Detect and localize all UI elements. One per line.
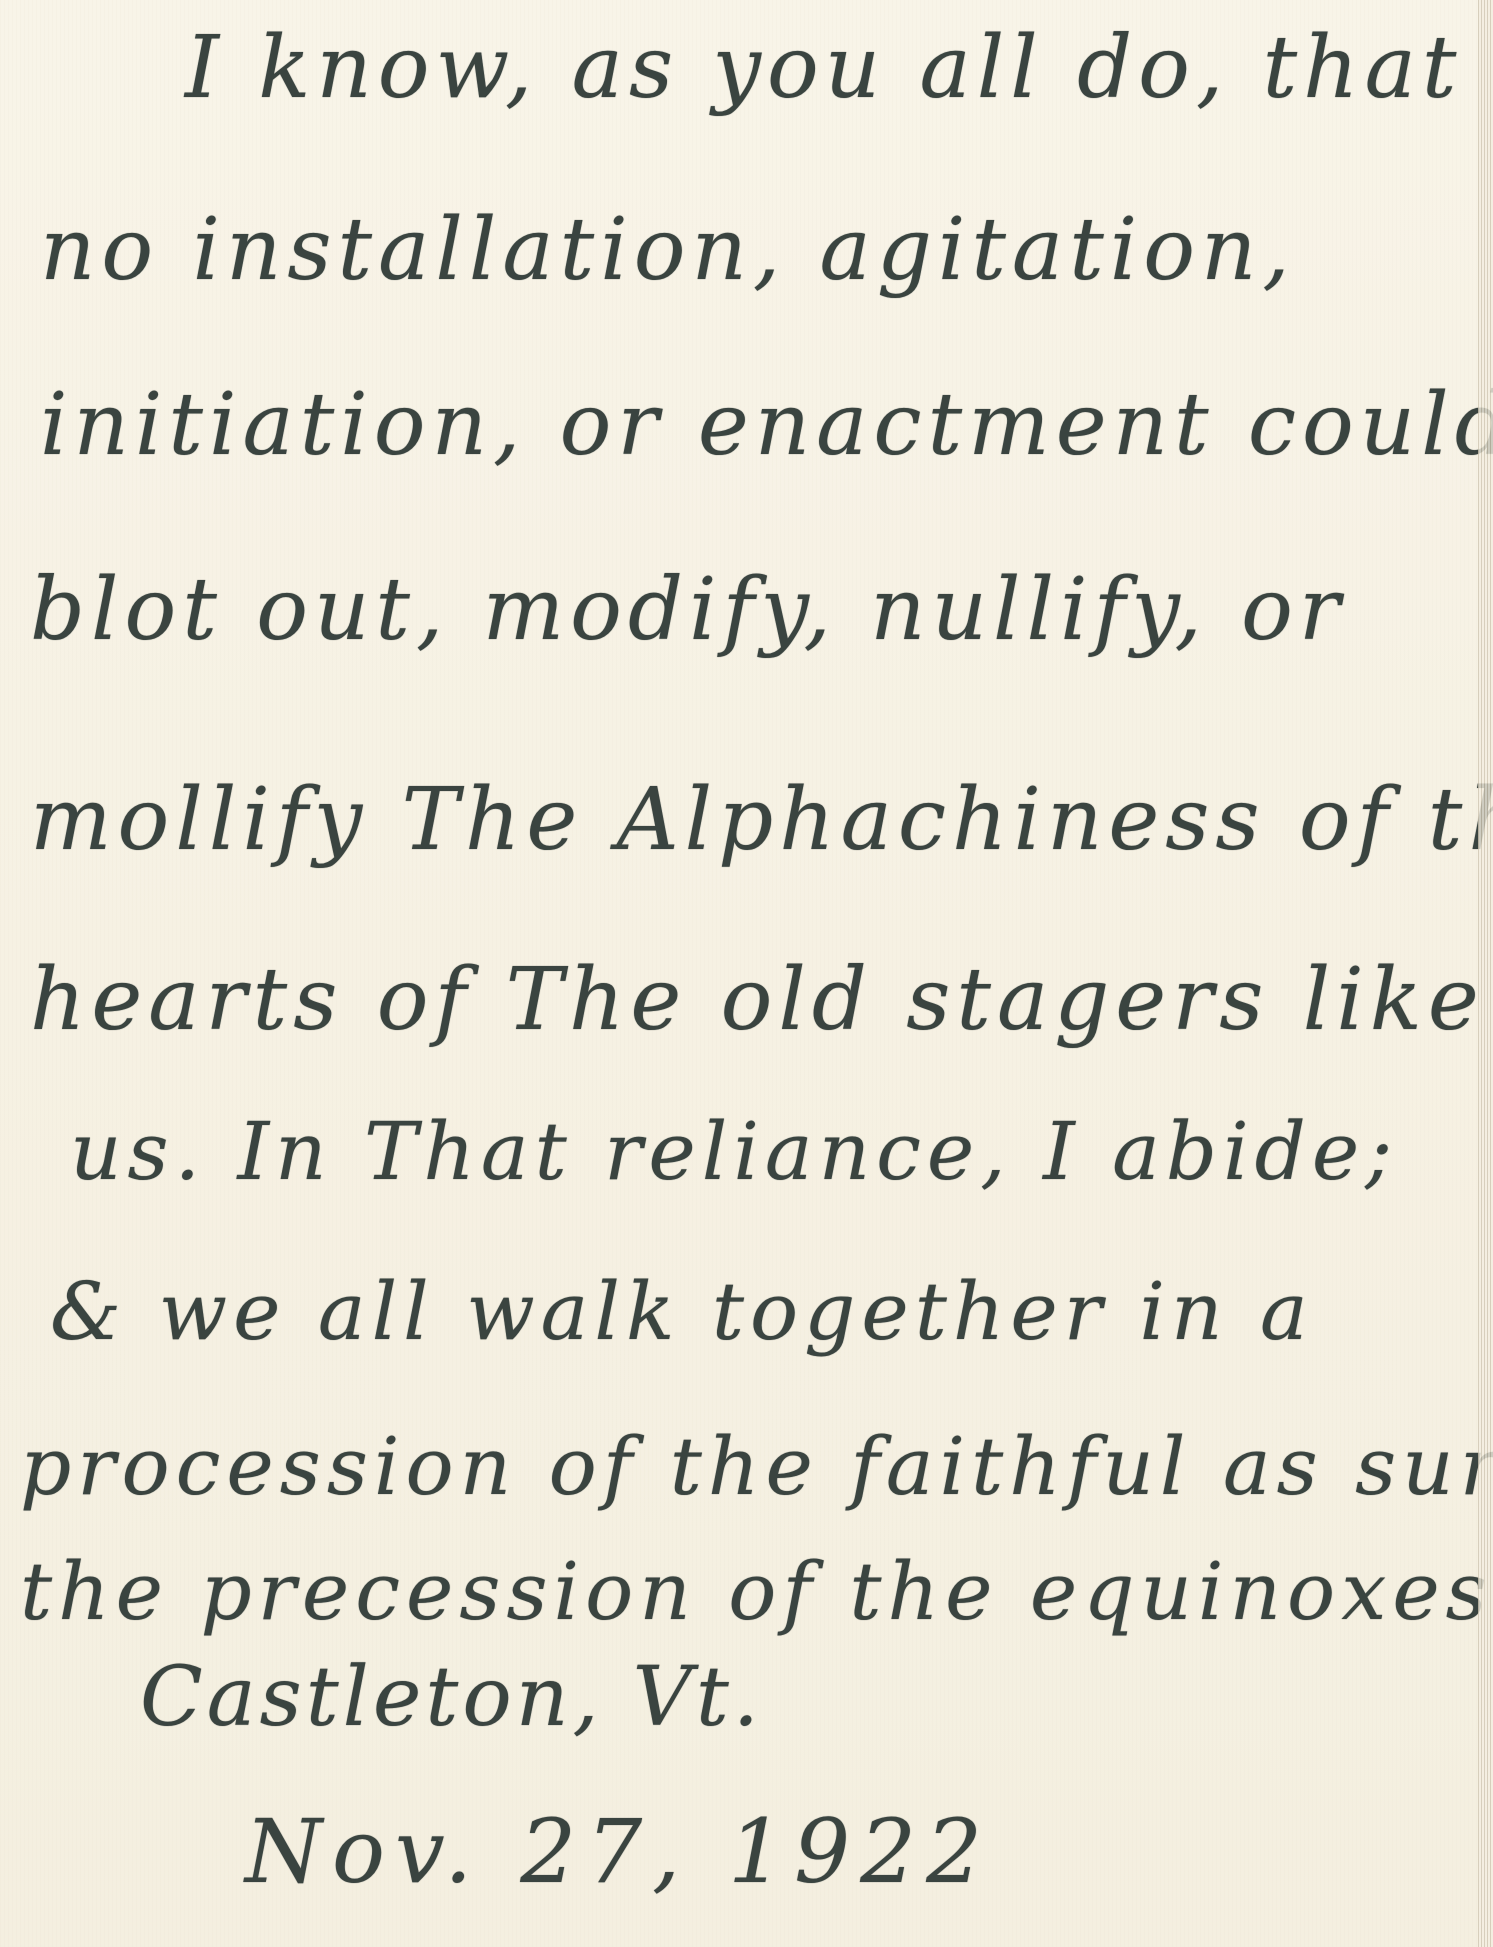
letter-line-9: procession of the faithful as sure as [20,1420,1493,1513]
letter-line-2: no installation, agitation, [40,200,1296,300]
letter-date: Nov. 27, 1922 [245,1800,992,1903]
letter-line-10: the precession of the equinoxes. [20,1545,1493,1638]
letter-line-6: hearts of The old stagers like [30,950,1485,1050]
letter-place: Castleton, Vt. [140,1650,763,1745]
letter-line-5: mollify The Alphachiness of the [30,770,1493,870]
letter-line-8: & we all walk together in a [50,1265,1314,1358]
letter-page: I know, as you all do, that no installat… [0,0,1478,1947]
letter-line-4: blot out, modify, nullify, or [30,560,1346,660]
letter-line-3: initiation, or enactment could [40,375,1493,475]
page-edge [1478,0,1493,1947]
letter-line-7: us. In That reliance, I abide; [70,1105,1398,1198]
letter-line-1: I know, as you all do, that [185,18,1462,118]
